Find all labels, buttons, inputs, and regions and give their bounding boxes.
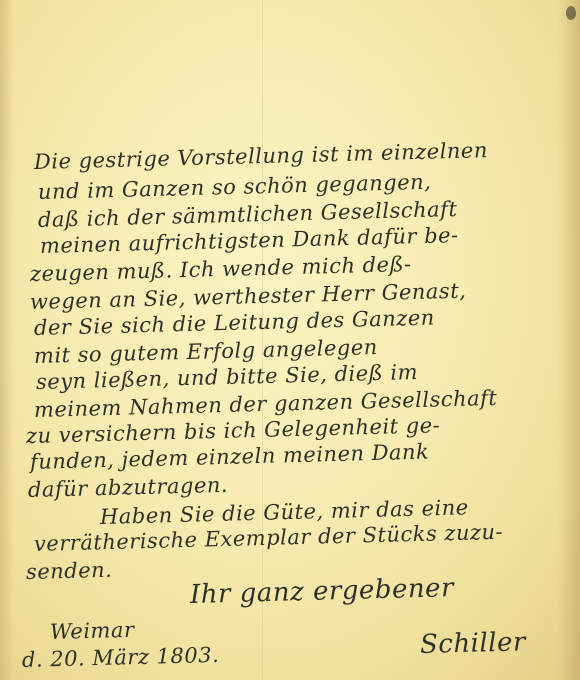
paper-edge-left — [0, 0, 14, 680]
letter-place: Weimar — [50, 618, 135, 644]
letter-line: senden. — [26, 558, 113, 584]
paper-edge-right — [558, 0, 580, 680]
letter-page: Die gestrige Vorstellung ist im einzelne… — [0, 0, 580, 680]
letter-date: d. 20. März 1803. — [22, 643, 220, 672]
letter-signature: Schiller — [420, 627, 527, 660]
letter-line: dafür abzutragen. — [28, 473, 229, 502]
ink-stain — [566, 6, 576, 20]
letter-closing: Ihr ganz ergebener — [190, 573, 455, 610]
letter-line: Die gestrige Vorstellung ist im einzelne… — [34, 138, 488, 174]
